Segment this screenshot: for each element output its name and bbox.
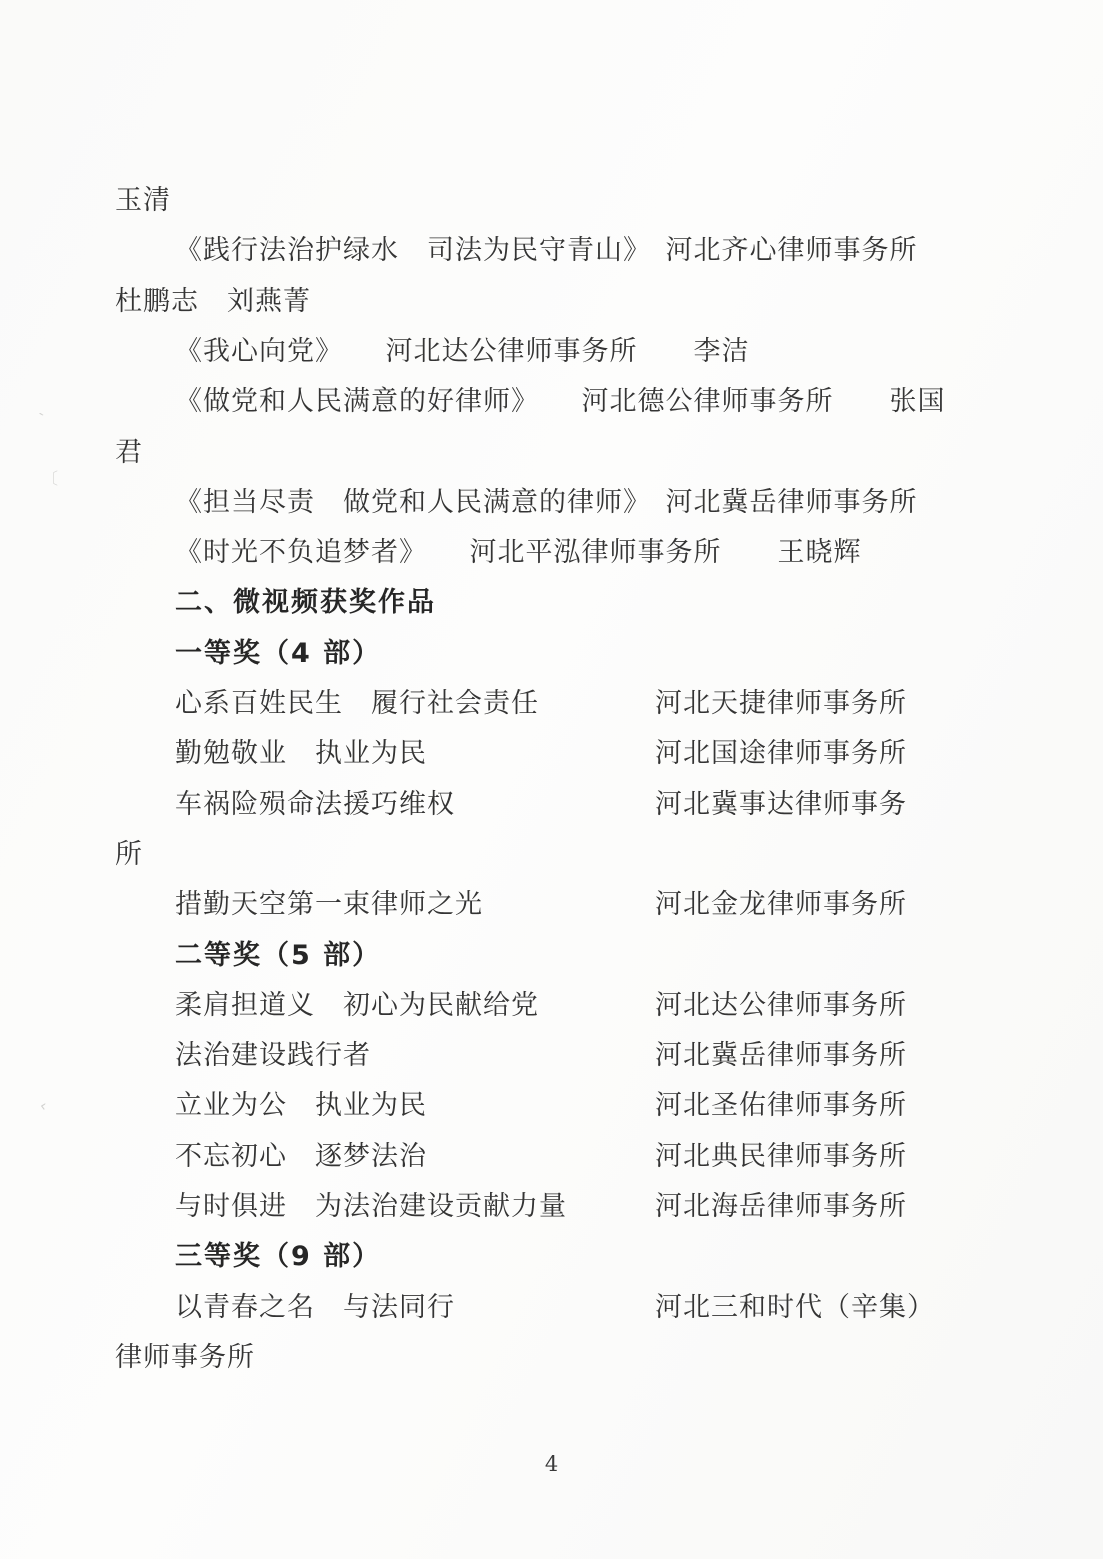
page-number: 4: [0, 1452, 1103, 1476]
award-row: 勤勉敬业 执业为民河北国途律师事务所: [115, 738, 1073, 770]
text-line: 所: [115, 839, 1073, 871]
text-line: 《我心向党》 河北达公律师事务所 李洁: [115, 336, 1073, 368]
award-row: 心系百姓民生 履行社会责任河北天捷律师事务所: [115, 688, 1073, 720]
scan-artifact: `: [37, 409, 51, 430]
text-line: 《时光不负追梦者》 河北平泓律师事务所 王晓辉: [115, 537, 1073, 569]
award-row: 柔肩担道义 初心为民献给党河北达公律师事务所: [115, 990, 1073, 1022]
firm-name: 河北圣佑律师事务所: [655, 1090, 907, 1122]
firm-name: 河北三和时代（辛集）: [655, 1292, 935, 1324]
work-title: 车祸险殒命法援巧维权: [175, 789, 455, 820]
firm-name: 河北典民律师事务所: [655, 1141, 907, 1173]
firm-name: 河北冀事达律师事务: [655, 789, 907, 821]
award-row: 与时俱进 为法治建设贡献力量河北海岳律师事务所: [115, 1191, 1073, 1223]
award-row: 不忘初心 逐梦法治河北典民律师事务所: [115, 1141, 1073, 1173]
award-row: 措勤天空第一束律师之光河北金龙律师事务所: [115, 889, 1073, 921]
work-title: 心系百姓民生 履行社会责任: [175, 688, 539, 719]
firm-name: 河北国途律师事务所: [655, 738, 907, 770]
award-row: 立业为公 执业为民河北圣佑律师事务所: [115, 1090, 1073, 1122]
text-line: 《做党和人民满意的好律师》 河北德公律师事务所 张国: [115, 386, 1073, 418]
scan-artifact: ‹: [38, 1096, 48, 1116]
award-row: 车祸险殒命法援巧维权河北冀事达律师事务: [115, 789, 1073, 821]
work-title: 与时俱进 为法治建设贡献力量: [175, 1191, 567, 1222]
text-line: 律师事务所: [115, 1342, 1073, 1374]
firm-name: 河北天捷律师事务所: [655, 688, 907, 720]
text-line: 玉清: [115, 185, 1073, 217]
work-title: 以青春之名 与法同行: [175, 1292, 455, 1323]
award-row: 法治建设践行者河北冀岳律师事务所: [115, 1040, 1073, 1072]
text-line: 杜鹏志 刘燕菁: [115, 286, 1073, 318]
firm-name: 河北金龙律师事务所: [655, 889, 907, 921]
section-heading: 二等奖（5 部）: [115, 940, 1073, 972]
section-heading: 三等奖（9 部）: [115, 1241, 1073, 1273]
work-title: 勤勉敬业 执业为民: [175, 738, 427, 769]
section-heading: 一等奖（4 部）: [115, 638, 1073, 670]
document-page: ` 〔 ‹ 4 玉清《践行法治护绿水 司法为民守青山》 河北齐心律师事务所杜鹏志…: [0, 0, 1103, 1559]
text-line: 君: [115, 437, 1073, 469]
work-title: 不忘初心 逐梦法治: [175, 1141, 427, 1172]
text-line: 《践行法治护绿水 司法为民守青山》 河北齐心律师事务所: [115, 235, 1073, 267]
firm-name: 河北达公律师事务所: [655, 990, 907, 1022]
firm-name: 河北海岳律师事务所: [655, 1191, 907, 1223]
text-line: 《担当尽责 做党和人民满意的律师》 河北冀岳律师事务所: [115, 487, 1073, 519]
firm-name: 河北冀岳律师事务所: [655, 1040, 907, 1072]
scan-artifact: 〔: [42, 466, 58, 489]
section-heading: 二、微视频获奖作品: [115, 587, 1073, 619]
work-title: 柔肩担道义 初心为民献给党: [175, 990, 539, 1021]
work-title: 立业为公 执业为民: [175, 1090, 427, 1121]
work-title: 法治建设践行者: [175, 1040, 371, 1071]
award-row: 以青春之名 与法同行河北三和时代（辛集）: [115, 1292, 1073, 1324]
work-title: 措勤天空第一束律师之光: [175, 889, 483, 920]
